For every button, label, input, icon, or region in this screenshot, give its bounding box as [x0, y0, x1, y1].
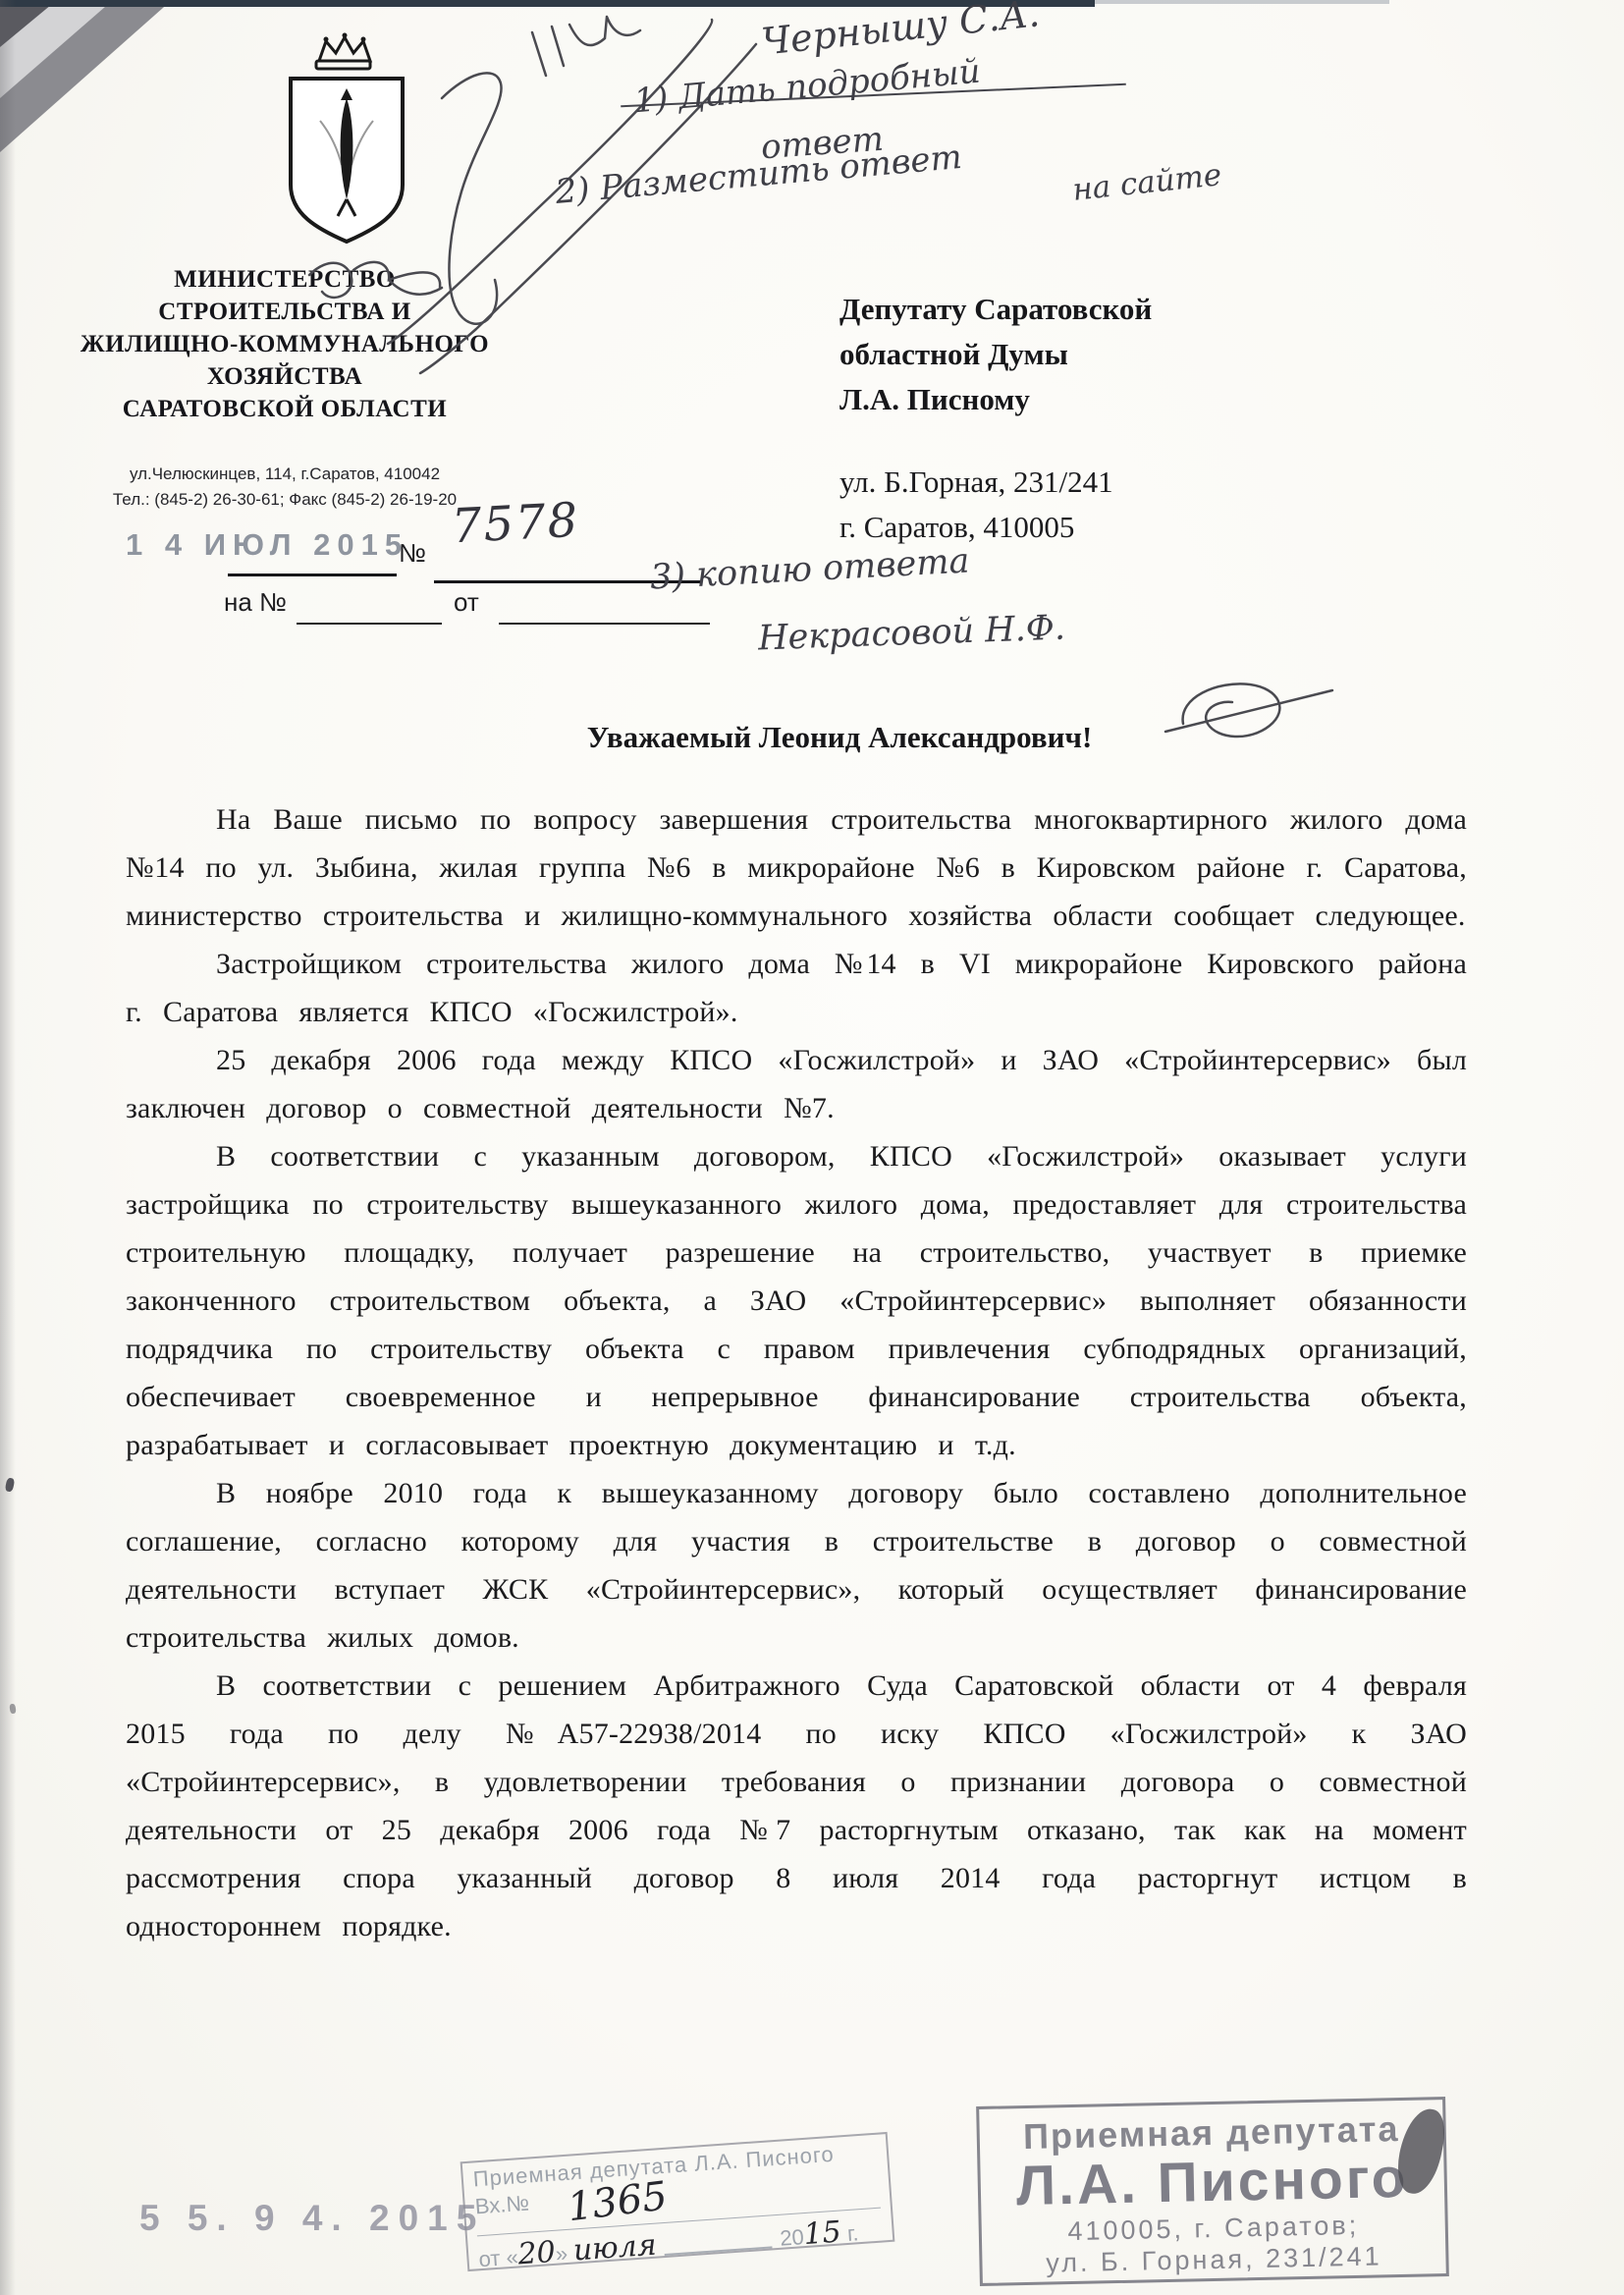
faded-date-stamp: 5 5. 9 4. 2015: [139, 2198, 485, 2239]
pen-scribble-icon: [295, 5, 785, 427]
reply-to-label: на №: [224, 587, 287, 618]
addressee-block: Депутату Саратовской областной Думы Л.А.…: [839, 287, 1389, 422]
body-paragraph: В соответствии с решением Арбитражного С…: [126, 1662, 1467, 1950]
number-label: №: [399, 538, 426, 569]
outgoing-number-handwritten: 7578: [451, 493, 581, 555]
from-underline: [499, 623, 710, 625]
incoming-close-quote: »: [555, 2241, 568, 2267]
received-date-stamp: 1 4 ИЮЛ 2015: [126, 527, 408, 563]
addressee-address-block: ул. Б.Горная, 231/241 г. Саратов, 410005: [839, 460, 1389, 550]
incoming-registration-stamp: Приемная депутата Л.А. Писного Вх.№ 1365…: [460, 2132, 895, 2271]
reception-office-stamp: Приемная депутата Л.А. Писного 410005, г…: [976, 2097, 1449, 2286]
letterhead-address: ул.Челюскинцев, 114, г.Саратов, 410042: [49, 462, 520, 487]
incoming-day-handwritten: 20: [516, 2235, 557, 2272]
date-underline: [228, 574, 397, 576]
handwritten-note-3: 3) копию ответа: [649, 542, 970, 598]
body-paragraph: 25 декабря 2006 года между КПСО «Госжилс…: [126, 1036, 1467, 1132]
handwritten-addressee-note: Чернышу С.А.: [759, 0, 1041, 64]
incoming-year-handwritten: 15: [802, 2214, 842, 2252]
body-paragraph: В ноябре 2010 года к вышеуказанному дого…: [126, 1469, 1467, 1662]
scan-edge-artifact-faint: [1095, 0, 1389, 4]
addressee-line: областной Думы: [839, 332, 1389, 377]
checkmark-scribble-icon: [1164, 663, 1340, 761]
incoming-from-label: от «: [478, 2244, 519, 2271]
body-paragraph: В соответствии с указанным договором, КП…: [126, 1132, 1467, 1469]
incoming-number-handwritten: 1365: [566, 2178, 669, 2225]
from-label: от: [454, 587, 479, 618]
addressee-street: ул. Б.Горная, 231/241: [839, 460, 1389, 505]
body-paragraph: На Ваше письмо по вопросу завершения стр…: [126, 795, 1467, 940]
body-paragraph: Застройщиком строительства жилого дома №…: [126, 940, 1467, 1036]
incoming-year-suffix: г.: [840, 2220, 859, 2246]
incoming-month-handwritten: июля: [572, 2228, 658, 2268]
handwritten-note-3b: Некрасовой Н.Ф.: [757, 609, 1065, 659]
reply-to-underline: [297, 623, 442, 625]
handwritten-note-2b: на сайте: [1071, 157, 1223, 208]
reception-stamp-name: Л.А. Писного: [980, 2149, 1444, 2215]
left-edge-shadow: [0, 0, 16, 2295]
scanned-letter-page: МИНИСТЕРСТВО СТРОИТЕЛЬСТВА И ЖИЛИЩНО-КОМ…: [0, 0, 1624, 2295]
addressee-name: Л.А. Писному: [839, 377, 1389, 422]
letter-body: На Ваше письмо по вопросу завершения стр…: [126, 795, 1467, 1950]
addressee-line: Депутату Саратовской: [839, 287, 1389, 332]
incoming-year-print: 20: [779, 2224, 804, 2251]
incoming-date-line: [665, 2246, 773, 2256]
incoming-number-label: Вх.№: [474, 2191, 530, 2219]
